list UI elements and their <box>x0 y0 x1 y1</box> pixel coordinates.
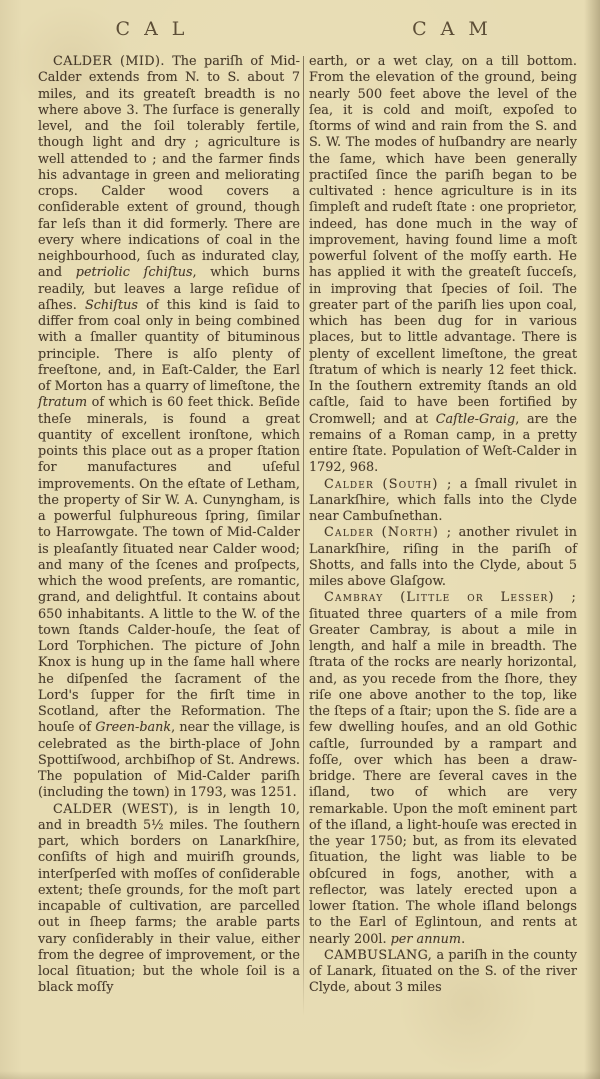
text-columns: CALDER (MID). The pariſh of Mid-Calder e… <box>38 54 578 1071</box>
entry-cambray: Cambray (Little or Lesser) ; ſituated th… <box>309 590 577 948</box>
book-page: CAL CAM CALDER (MID). The pariſh of Mid-… <box>0 0 600 1079</box>
entry-calder-north: Calder (North) ; another rivulet in Lana… <box>309 525 577 590</box>
entry-cambuslang: CAMBUSLANG, a pariſh in the county of La… <box>309 948 577 997</box>
page-edge-shadow <box>584 0 600 1079</box>
column-right: earth, or a wet clay, on a till bottom. … <box>309 54 577 1071</box>
entry-head-calder-south: Calder (South) ; <box>324 477 453 492</box>
entry-calder-mid: CALDER (MID). The pariſh of Mid-Calder e… <box>38 54 300 802</box>
entry-body-calder-mid: The pariſh of Mid-Calder extends from N.… <box>38 54 300 800</box>
entry-head-cambray: Cambray (Little or Lesser) ; <box>324 590 577 605</box>
entry-head-calder-west: CALDER (WEST), <box>53 802 178 817</box>
running-head-left: CAL <box>0 18 300 40</box>
entry-body-cambray: ſituated three quarters of a mile from G… <box>309 607 577 947</box>
page-bottom-shadow <box>0 1071 600 1079</box>
column-divider-rule <box>303 56 304 1016</box>
entry-calder-south: Calder (South) ; a ſmall rivulet in Lana… <box>309 477 577 526</box>
entry-head-cambuslang: CAMBUSLANG, <box>324 948 432 963</box>
entry-body-calder-west-left: is in length 10, and in breadth 5½ miles… <box>38 802 300 996</box>
entry-head-calder-north: Calder (North) ; <box>324 525 452 540</box>
running-heads: CAL CAM <box>0 18 600 40</box>
column-left: CALDER (MID). The pariſh of Mid-Calder e… <box>38 54 300 1071</box>
running-head-right: CAM <box>300 18 600 40</box>
entry-calder-west-continuation: earth, or a wet clay, on a till bottom. … <box>309 54 577 477</box>
entry-calder-west: CALDER (WEST), is in length 10, and in b… <box>38 802 300 997</box>
entry-head-calder-mid: CALDER (MID). <box>53 54 165 69</box>
entry-body-calder-west-right: earth, or a wet clay, on a till bottom. … <box>309 54 577 475</box>
